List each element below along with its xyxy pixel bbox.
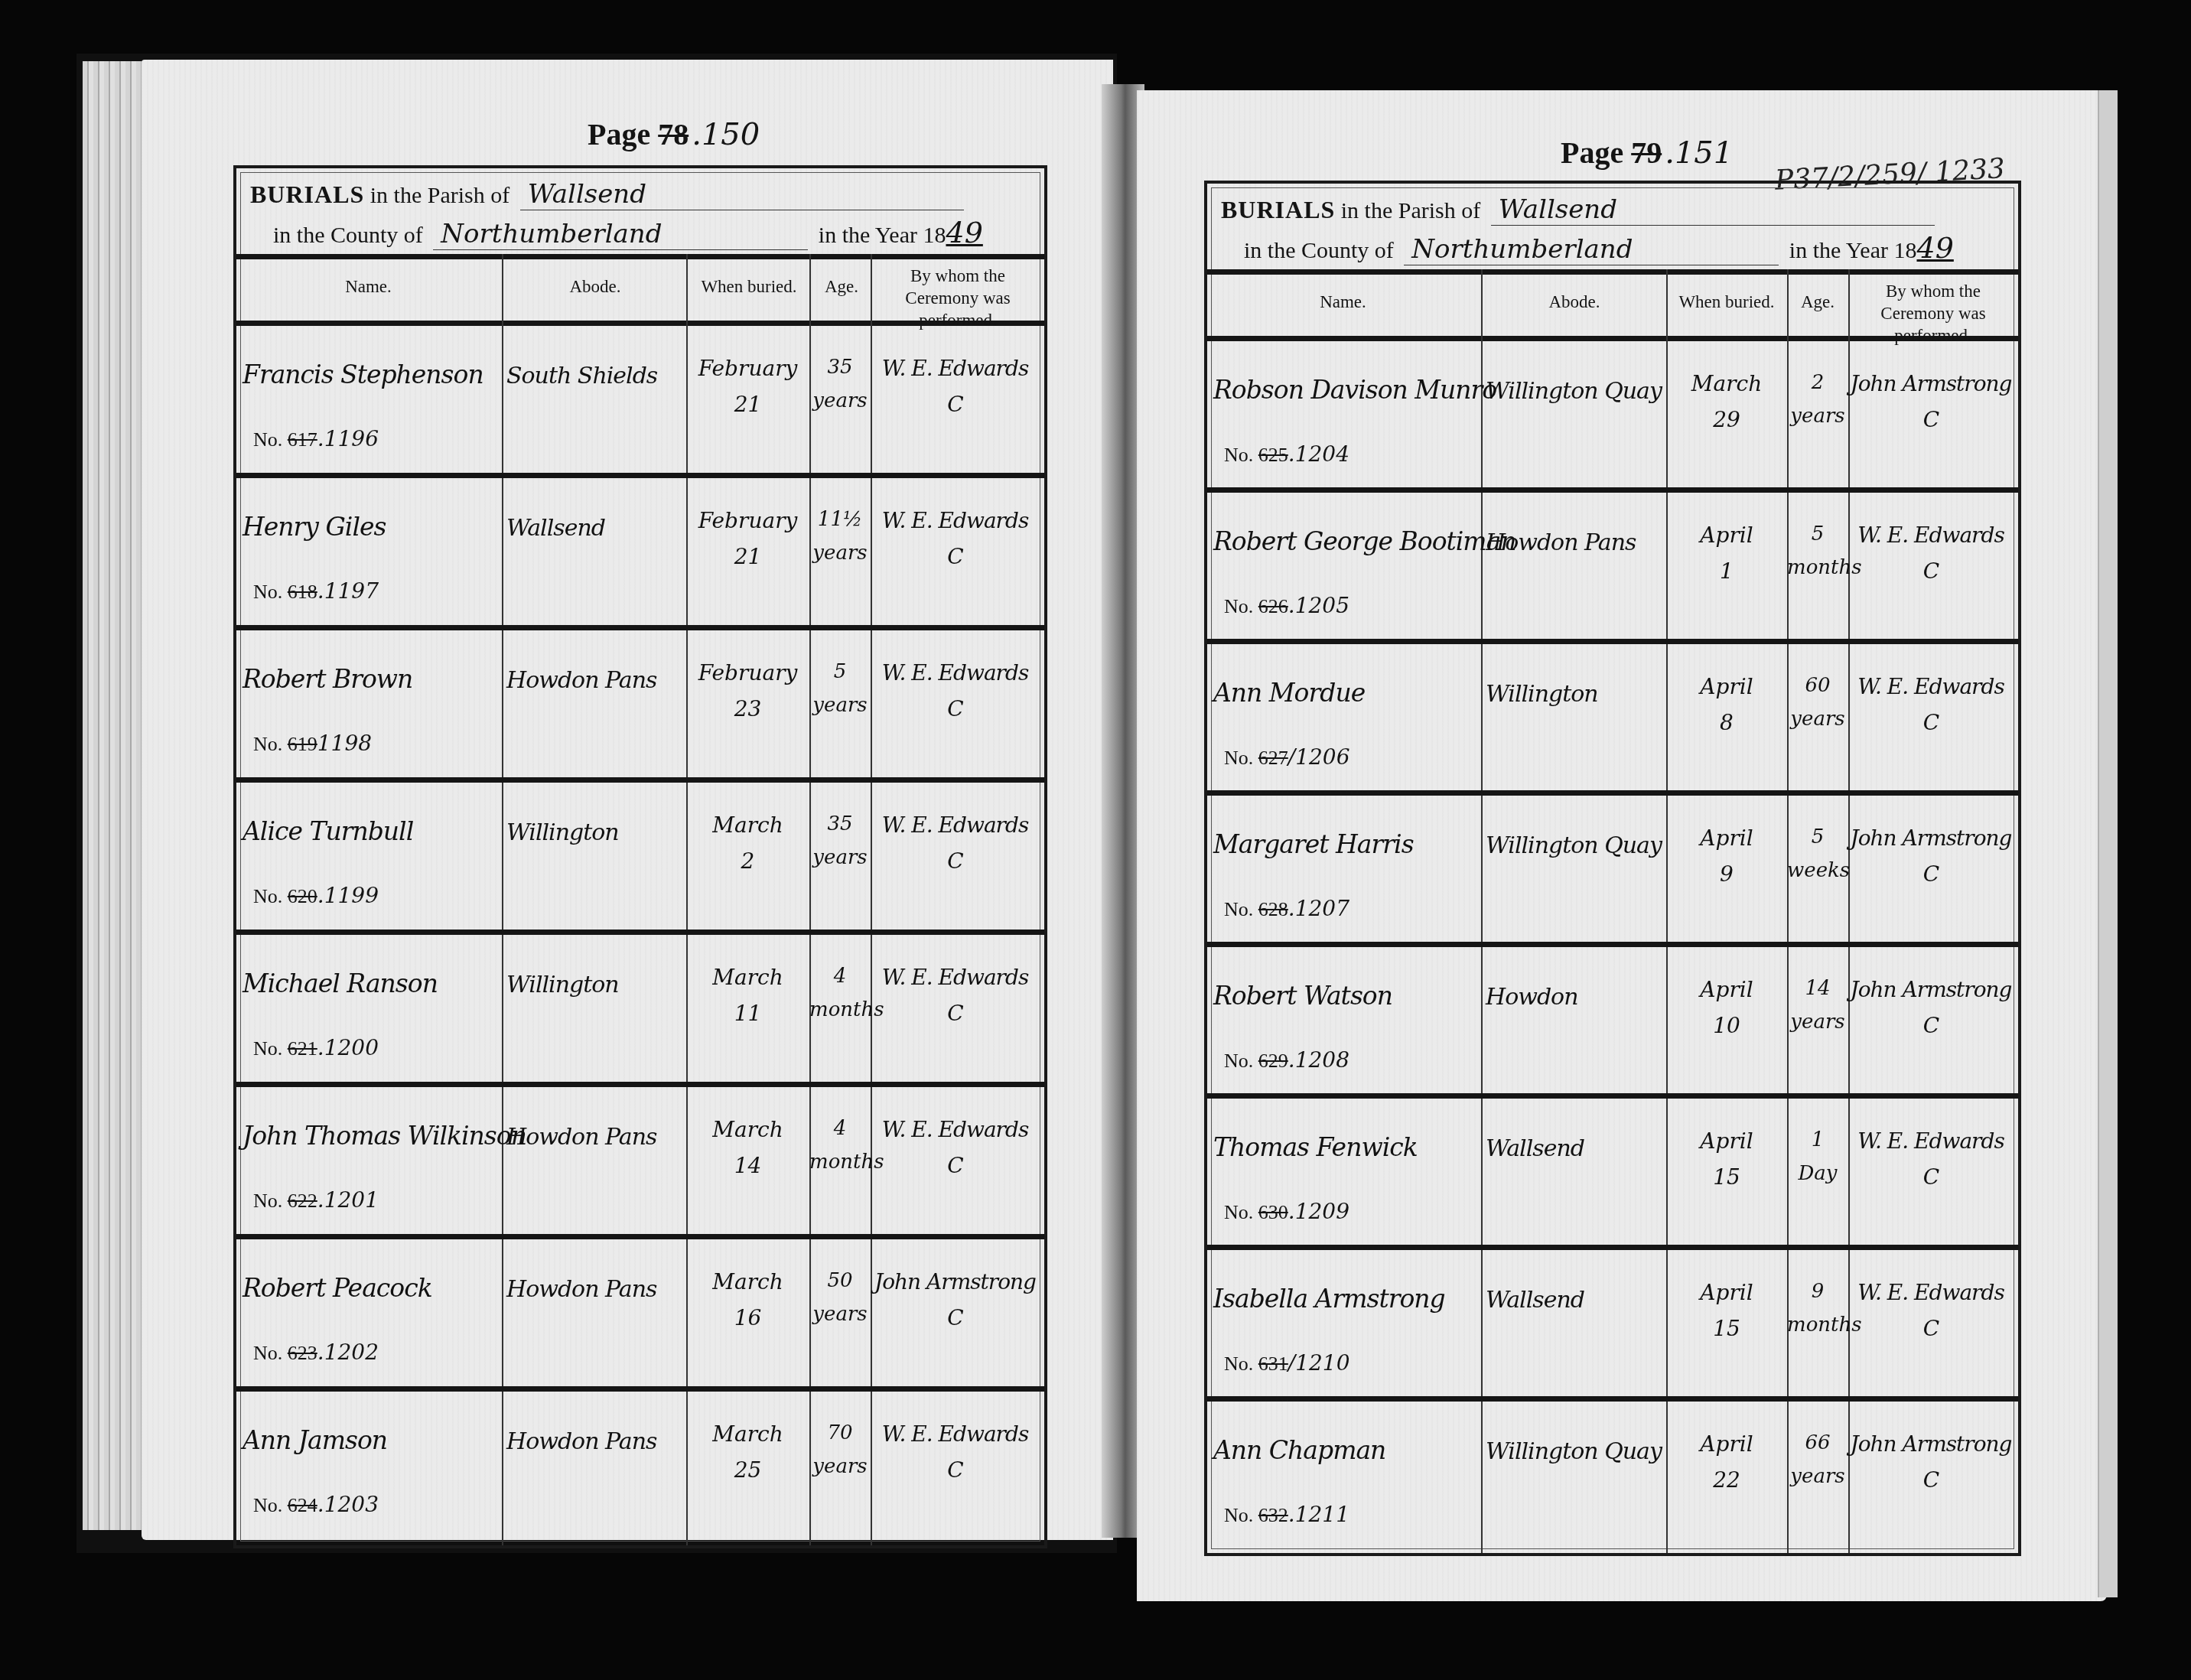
entry-name: Robert George Bootiman <box>1213 526 1478 556</box>
entry-number: No. 625.1204 <box>1224 441 1349 467</box>
entry-officiant: John Armstrong C <box>1848 1426 2014 1499</box>
year-label: in the Year 18 <box>819 223 946 248</box>
register-entry-row: Henry Giles No. 618.1197 Wallsend Februa… <box>236 478 1044 630</box>
entry-officiant: W. E. Edwards C <box>871 1416 1040 1489</box>
entry-abode: Willington <box>506 819 685 846</box>
entry-age: 2 years <box>1787 366 1848 433</box>
entry-age: 50 years <box>809 1264 871 1331</box>
entry-officiant: W. E. Edwards C <box>871 1112 1040 1184</box>
entry-age: 5 years <box>809 655 871 722</box>
entry-no-old: 630 <box>1258 1201 1288 1223</box>
year-value: 49 <box>946 216 982 249</box>
entry-no-old: 625 <box>1258 444 1288 466</box>
entry-number: No. 630.1209 <box>1224 1199 1349 1224</box>
entry-no-new: .1196 <box>317 426 379 451</box>
burial-month: March <box>686 1264 809 1301</box>
officiant-name: W. E. Edwards <box>871 655 1040 692</box>
age-unit: months <box>809 993 871 1027</box>
officiant-title: C <box>1848 402 2014 438</box>
col-abode: Abode. <box>1483 291 1666 314</box>
entry-when-buried: April 10 <box>1666 972 1787 1044</box>
entry-no-new: .1197 <box>317 578 379 604</box>
officiant-title: C <box>1848 553 2014 590</box>
officiant-name: W. E. Edwards <box>1848 1123 2014 1160</box>
parish-line: BURIALS in the Parish of Wallsend <box>250 179 969 210</box>
col-by-whom: By whom the Ceremony was performed. <box>1850 281 2017 347</box>
entry-age: 9 months <box>1787 1275 1848 1342</box>
age-number: 4 <box>809 1112 871 1145</box>
entry-no-new: .1202 <box>317 1340 379 1365</box>
page-stack-edge <box>83 61 145 1530</box>
burial-register-table-right: BURIALS in the Parish of Wallsend in the… <box>1204 181 2021 1556</box>
burial-month: April <box>1666 517 1787 554</box>
burial-day: 11 <box>686 995 809 1032</box>
officiant-name: John Armstrong <box>1848 820 2014 857</box>
officiant-title: C <box>871 843 1040 880</box>
entry-number: No. 631/1210 <box>1224 1350 1349 1376</box>
entry-no-old: 626 <box>1258 595 1288 617</box>
age-unit: years <box>1787 1460 1848 1493</box>
column-headers: Name. Abode. When buried. Age. By whom t… <box>236 259 1044 326</box>
burial-day: 29 <box>1666 402 1787 438</box>
register-entry-row: Robson Davison Munro No. 625.1204 Willin… <box>1207 341 2018 493</box>
entry-no-label: No. <box>1224 898 1253 920</box>
age-number: 5 <box>809 655 871 689</box>
entry-number: No. 632.1211 <box>1224 1502 1349 1527</box>
age-unit: years <box>809 536 871 570</box>
entry-officiant: W. E. Edwards C <box>1848 669 2014 741</box>
entry-no-label: No. <box>1224 747 1253 769</box>
col-age: Age. <box>1787 291 1848 314</box>
entry-abode: Howdon Pans <box>506 1428 685 1455</box>
age-unit: months <box>809 1145 871 1179</box>
entry-number: No. 623.1202 <box>253 1340 379 1365</box>
entry-age: 70 years <box>809 1416 871 1483</box>
entry-officiant: John Armstrong C <box>871 1264 1040 1337</box>
officiant-title: C <box>1848 856 2014 893</box>
entry-name: Robert Peacock <box>243 1273 499 1303</box>
year-value: 49 <box>1916 231 1953 265</box>
page-number-new: .151 <box>1665 135 1733 171</box>
entry-no-old: 621 <box>288 1037 317 1060</box>
entry-name: Ann Jamson <box>243 1425 499 1455</box>
register-entry-row: Robert Brown No. 6191198 Howdon Pans Feb… <box>236 630 1044 783</box>
register-entry-row: Robert Watson No. 629.1208 Howdon April … <box>1207 947 2018 1099</box>
register-entry-row: Robert George Bootiman No. 626.1205 Howd… <box>1207 493 2018 644</box>
age-unit: years <box>809 841 871 874</box>
entry-name: Michael Ranson <box>243 969 499 998</box>
age-number: 2 <box>1787 366 1848 399</box>
year-label: in the Year 18 <box>1789 238 1917 263</box>
entry-when-buried: April 1 <box>1666 517 1787 590</box>
burial-day: 15 <box>1666 1159 1787 1196</box>
age-unit: Day <box>1787 1157 1848 1190</box>
entry-no-new: 1198 <box>317 731 372 756</box>
entry-officiant: W. E. Edwards C <box>1848 1275 2014 1347</box>
entry-no-new: .1209 <box>1288 1199 1349 1224</box>
officiant-name: John Armstrong <box>871 1264 1040 1301</box>
entry-name: Robert Watson <box>1213 981 1478 1011</box>
age-number: 50 <box>809 1264 871 1297</box>
entry-no-new: .1204 <box>1288 441 1349 467</box>
entry-number: No. 620.1199 <box>253 883 379 908</box>
entry-number: No. 629.1208 <box>1224 1047 1349 1073</box>
entry-when-buried: February 21 <box>686 503 809 575</box>
register-entry-row: John Thomas Wilkinson No. 622.1201 Howdo… <box>236 1087 1044 1239</box>
burial-day: 15 <box>1666 1310 1787 1347</box>
parish-value: Wallsend <box>1491 194 1935 226</box>
burial-day: 23 <box>686 691 809 728</box>
age-number: 5 <box>1787 517 1848 551</box>
entry-age: 5 weeks <box>1787 820 1848 887</box>
burial-day: 8 <box>1666 705 1787 741</box>
officiant-title: C <box>871 539 1040 575</box>
col-age: Age. <box>811 276 872 298</box>
entry-abode: Wallsend <box>506 515 685 542</box>
entry-no-label: No. <box>253 1342 282 1364</box>
entry-no-new: .1201 <box>317 1187 379 1213</box>
age-unit: years <box>809 689 871 722</box>
age-number: 66 <box>1787 1426 1848 1460</box>
entry-name: Francis Stephenson <box>243 360 499 389</box>
register-entry-row: Margaret Harris No. 628.1207 Willington … <box>1207 796 2018 947</box>
officiant-title: C <box>1848 1462 2014 1499</box>
entry-name: Ann Mordue <box>1213 678 1478 708</box>
entry-age: 35 years <box>809 807 871 874</box>
entry-no-label: No. <box>253 428 282 451</box>
burial-day: 9 <box>1666 856 1787 893</box>
age-number: 70 <box>809 1416 871 1450</box>
register-header: BURIALS in the Parish of Wallsend in the… <box>236 168 1044 259</box>
officiant-title: C <box>871 995 1040 1032</box>
entry-no-label: No. <box>253 1190 282 1212</box>
burial-month: March <box>686 1416 809 1453</box>
age-unit: years <box>809 1297 871 1331</box>
entry-no-label: No. <box>253 581 282 603</box>
officiant-name: John Armstrong <box>1848 366 2014 402</box>
burial-day: 2 <box>686 843 809 880</box>
entry-no-new: /1206 <box>1288 744 1350 770</box>
entry-no-new: /1210 <box>1288 1350 1350 1376</box>
register-entry-row: Ann Chapman No. 632.1211 Willington Quay… <box>1207 1402 2018 1548</box>
entry-abode: Howdon Pans <box>506 1124 685 1151</box>
age-number: 5 <box>1787 820 1848 854</box>
entry-no-label: No. <box>253 1037 282 1060</box>
entry-no-label: No. <box>1224 595 1253 617</box>
page-number-new: .150 <box>692 117 760 152</box>
entry-no-label: No. <box>253 733 282 755</box>
entry-age: 60 years <box>1787 669 1848 736</box>
burial-day: 21 <box>686 539 809 575</box>
officiant-name: John Armstrong <box>1848 972 2014 1008</box>
entry-abode: Willington Quay <box>1486 1438 1665 1465</box>
entry-officiant: John Armstrong C <box>1848 366 2014 438</box>
entry-number: No. 621.1200 <box>253 1035 379 1060</box>
burials-heading: BURIALS <box>1221 196 1335 223</box>
burial-month: March <box>686 959 809 996</box>
age-unit: weeks <box>1787 854 1848 887</box>
entry-no-old: 619 <box>288 733 317 755</box>
age-unit: years <box>1787 1005 1848 1039</box>
entry-when-buried: February 23 <box>686 655 809 728</box>
entry-age: 14 years <box>1787 972 1848 1039</box>
entry-abode: Willington Quay <box>1486 832 1665 859</box>
entry-no-old: 628 <box>1258 898 1288 920</box>
age-number: 9 <box>1787 1275 1848 1308</box>
entry-no-old: 620 <box>288 885 317 907</box>
burial-day: 25 <box>686 1452 809 1489</box>
age-number: 11½ <box>809 503 871 536</box>
col-abode: Abode. <box>503 276 687 298</box>
age-unit: months <box>1787 1308 1848 1342</box>
entry-no-label: No. <box>1224 1504 1253 1526</box>
burial-month: March <box>1666 366 1787 402</box>
age-number: 35 <box>809 807 871 841</box>
entry-name: Henry Giles <box>243 512 499 542</box>
register-entry-row: Ann Mordue No. 627/1206 Willington April… <box>1207 644 2018 796</box>
entry-abode: Willington <box>506 972 685 998</box>
entry-age: 5 months <box>1787 517 1848 584</box>
col-when-buried: When buried. <box>688 276 810 298</box>
entry-no-new: .1211 <box>1288 1502 1349 1527</box>
register-entry-row: Thomas Fenwick No. 630.1209 Wallsend Apr… <box>1207 1099 2018 1250</box>
entry-when-buried: April 9 <box>1666 820 1787 893</box>
entry-abode: Wallsend <box>1486 1287 1665 1314</box>
officiant-title: C <box>1848 1008 2014 1044</box>
page-number-old: 79 <box>1631 135 1662 170</box>
burial-month: February <box>686 655 809 692</box>
entry-name: Robson Davison Munro <box>1213 375 1478 405</box>
county-line: in the County of Northumberland in the Y… <box>1244 231 1954 265</box>
entry-number: No. 628.1207 <box>1224 896 1349 921</box>
entry-no-new: .1207 <box>1288 896 1349 921</box>
entry-when-buried: March 25 <box>686 1416 809 1489</box>
register-entry-row: Francis Stephenson No. 617.1196 South Sh… <box>236 326 1044 478</box>
officiant-name: W. E. Edwards <box>871 503 1040 539</box>
age-number: 14 <box>1787 972 1848 1005</box>
entry-no-label: No. <box>1224 444 1253 466</box>
age-number: 60 <box>1787 669 1848 702</box>
entry-no-old: 623 <box>288 1342 317 1364</box>
county-line: in the County of Northumberland in the Y… <box>273 216 983 250</box>
entry-no-old: 631 <box>1258 1353 1288 1375</box>
burial-month: April <box>1666 669 1787 705</box>
entry-no-new: .1199 <box>317 883 379 908</box>
burial-month: March <box>686 1112 809 1148</box>
page-label: Page <box>1561 135 1623 170</box>
entry-when-buried: March 2 <box>686 807 809 880</box>
entry-officiant: John Armstrong C <box>1848 972 2014 1044</box>
burial-month: April <box>1666 1426 1787 1463</box>
officiant-name: W. E. Edwards <box>871 959 1040 996</box>
burials-heading: BURIALS <box>250 181 364 208</box>
officiant-name: W. E. Edwards <box>871 807 1040 844</box>
officiant-title: C <box>1848 1159 2014 1196</box>
burial-month: February <box>686 503 809 539</box>
age-unit: years <box>1787 702 1848 736</box>
entry-officiant: W. E. Edwards C <box>871 807 1040 880</box>
entry-officiant: W. E. Edwards C <box>871 350 1040 423</box>
officiant-name: W. E. Edwards <box>1848 1275 2014 1311</box>
entry-no-new: .1200 <box>317 1035 379 1060</box>
entry-abode: South Shields <box>506 363 685 389</box>
entry-when-buried: April 15 <box>1666 1123 1787 1196</box>
col-by-whom: By whom the Ceremony was performed. <box>874 265 1042 331</box>
burial-register-table-left: BURIALS in the Parish of Wallsend in the… <box>233 165 1047 1548</box>
register-entry-row: Alice Turnbull No. 620.1199 Willington M… <box>236 783 1044 935</box>
entry-abode: Willington Quay <box>1486 378 1665 405</box>
col-name: Name. <box>1207 291 1479 314</box>
county-value: Northumberland <box>433 219 808 250</box>
entry-number: No. 617.1196 <box>253 426 379 451</box>
entry-age: 4 months <box>809 959 871 1027</box>
officiant-title: C <box>1848 1310 2014 1347</box>
col-name: Name. <box>236 276 500 298</box>
entry-no-new: .1205 <box>1288 593 1349 618</box>
entry-no-old: 629 <box>1258 1050 1288 1072</box>
county-label: in the County of <box>273 223 423 248</box>
entry-officiant: W. E. Edwards C <box>871 959 1040 1032</box>
county-label: in the County of <box>1244 238 1394 263</box>
entry-name: Alice Turnbull <box>243 816 499 846</box>
burial-day: 21 <box>686 386 809 423</box>
entry-name: Thomas Fenwick <box>1213 1132 1478 1162</box>
age-number: 1 <box>1787 1123 1848 1157</box>
entry-abode: Willington <box>1486 681 1665 708</box>
entry-no-old: 617 <box>288 428 317 451</box>
age-unit: months <box>1787 551 1848 584</box>
entry-no-old: 618 <box>288 581 317 603</box>
entry-when-buried: March 16 <box>686 1264 809 1337</box>
age-number: 4 <box>809 959 871 993</box>
age-unit: years <box>809 1450 871 1483</box>
entry-when-buried: April 22 <box>1666 1426 1787 1499</box>
entry-no-label: No. <box>253 885 282 907</box>
entry-age: 66 years <box>1787 1426 1848 1493</box>
entry-number: No. 627/1206 <box>1224 744 1349 770</box>
entry-number: No. 622.1201 <box>253 1187 379 1213</box>
column-headers: Name. Abode. When buried. Age. By whom t… <box>1207 275 2018 341</box>
entry-number: No. 618.1197 <box>253 578 379 604</box>
officiant-title: C <box>1848 705 2014 741</box>
officiant-title: C <box>871 386 1040 423</box>
entry-officiant: W. E. Edwards C <box>871 655 1040 728</box>
entry-age: 35 years <box>809 350 871 418</box>
age-number: 35 <box>809 350 871 384</box>
register-entry-row: Robert Peacock No. 623.1202 Howdon Pans … <box>236 1239 1044 1392</box>
register-entry-row: Isabella Armstrong No. 631/1210 Wallsend… <box>1207 1250 2018 1402</box>
burial-month: April <box>1666 820 1787 857</box>
entry-age: 1 Day <box>1787 1123 1848 1190</box>
parish-value: Wallsend <box>520 179 964 210</box>
officiant-name: W. E. Edwards <box>1848 517 2014 554</box>
parish-line: BURIALS in the Parish of Wallsend <box>1221 194 1939 226</box>
entry-no-label: No. <box>1224 1353 1253 1375</box>
entry-name: Robert Brown <box>243 664 499 694</box>
entry-abode: Howdon Pans <box>506 667 685 694</box>
officiant-title: C <box>871 1300 1040 1337</box>
entry-abode: Wallsend <box>1486 1135 1665 1162</box>
register-header: BURIALS in the Parish of Wallsend in the… <box>1207 184 2018 275</box>
page-label: Page <box>588 117 650 151</box>
burial-month: April <box>1666 1275 1787 1311</box>
age-unit: years <box>1787 399 1848 433</box>
entry-no-old: 627 <box>1258 747 1288 769</box>
burial-day: 22 <box>1666 1462 1787 1499</box>
entry-name: Ann Chapman <box>1213 1435 1478 1465</box>
entry-name: Isabella Armstrong <box>1213 1284 1478 1314</box>
register-entry-row: Ann Jamson No. 624.1203 Howdon Pans Marc… <box>236 1392 1044 1538</box>
burial-day: 10 <box>1666 1008 1787 1044</box>
burial-month: March <box>686 807 809 844</box>
entry-officiant: W. E. Edwards C <box>1848 1123 2014 1196</box>
entry-no-label: No. <box>253 1494 282 1516</box>
entry-number: No. 624.1203 <box>253 1492 379 1517</box>
burial-month: April <box>1666 972 1787 1008</box>
parish-label: in the Parish of <box>1341 198 1480 223</box>
entry-age: 4 months <box>809 1112 871 1179</box>
entry-when-buried: March 14 <box>686 1112 809 1184</box>
officiant-name: W. E. Edwards <box>871 350 1040 387</box>
officiant-name: W. E. Edwards <box>1848 669 2014 705</box>
age-unit: years <box>809 384 871 418</box>
entry-name: John Thomas Wilkinson <box>243 1121 499 1151</box>
entry-no-label: No. <box>1224 1201 1253 1223</box>
entry-officiant: W. E. Edwards C <box>1848 517 2014 590</box>
officiant-name: John Armstrong <box>1848 1426 2014 1463</box>
entry-number: No. 626.1205 <box>1224 593 1349 618</box>
entry-abode: Howdon Pans <box>1486 529 1665 556</box>
entry-no-old: 632 <box>1258 1504 1288 1526</box>
entry-officiant: John Armstrong C <box>1848 820 2014 893</box>
entry-abode: Howdon Pans <box>506 1276 685 1303</box>
page-number-left: Page 78.150 <box>588 116 760 152</box>
entry-when-buried: April 8 <box>1666 669 1787 741</box>
entry-no-label: No. <box>1224 1050 1253 1072</box>
burial-day: 1 <box>1666 553 1787 590</box>
entry-name: Margaret Harris <box>1213 829 1478 859</box>
entry-when-buried: March 29 <box>1666 366 1787 438</box>
burial-day: 14 <box>686 1148 809 1184</box>
officiant-title: C <box>871 1452 1040 1489</box>
parish-label: in the Parish of <box>370 183 509 208</box>
burial-month: February <box>686 350 809 387</box>
page-number-right: Page 79.151 <box>1561 135 1733 171</box>
officiant-name: W. E. Edwards <box>871 1112 1040 1148</box>
entry-when-buried: March 11 <box>686 959 809 1032</box>
officiant-title: C <box>871 691 1040 728</box>
entry-when-buried: February 21 <box>686 350 809 423</box>
entry-no-new: .1203 <box>317 1492 379 1517</box>
right-page-edge <box>2098 90 2118 1597</box>
entry-number: No. 6191198 <box>253 731 372 756</box>
entry-no-old: 624 <box>288 1494 317 1516</box>
entry-when-buried: April 15 <box>1666 1275 1787 1347</box>
page-number-old: 78 <box>658 117 689 151</box>
burial-day: 16 <box>686 1300 809 1337</box>
entry-abode: Howdon <box>1486 984 1665 1011</box>
entry-age: 11½ years <box>809 503 871 570</box>
entry-no-new: .1208 <box>1288 1047 1349 1073</box>
county-value: Northumberland <box>1404 234 1779 265</box>
officiant-name: W. E. Edwards <box>871 1416 1040 1453</box>
entry-no-old: 622 <box>288 1190 317 1212</box>
officiant-title: C <box>871 1148 1040 1184</box>
entry-officiant: W. E. Edwards C <box>871 503 1040 575</box>
col-when-buried: When buried. <box>1666 291 1787 314</box>
register-entry-row: Michael Ranson No. 621.1200 Willington M… <box>236 935 1044 1087</box>
burial-month: April <box>1666 1123 1787 1160</box>
